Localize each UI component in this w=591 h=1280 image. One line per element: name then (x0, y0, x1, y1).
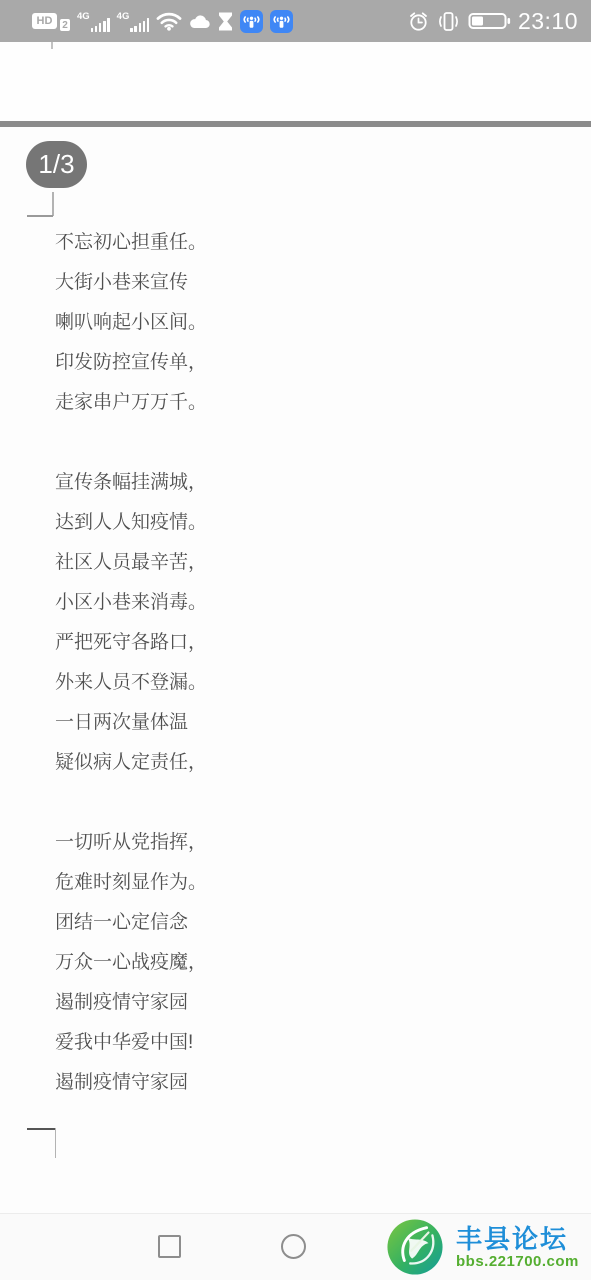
sim1-signal-bars-icon (91, 18, 110, 32)
poem-line: 危难时刻显作为。 (55, 863, 207, 903)
recent-apps-button[interactable] (158, 1235, 181, 1258)
page-boundary-mark-top (51, 42, 53, 49)
poem-line: 外来人员不登漏。 (55, 663, 207, 703)
forum-watermark: 丰县论坛 bbs.221700.com (386, 1218, 579, 1276)
sim2-signal-bars-icon (130, 18, 149, 32)
page-boundary-mark-horizontal (27, 215, 53, 217)
poem-line: 万众一心战疫魔， (55, 943, 207, 983)
poem-line: 团结一心定信念 (55, 903, 207, 943)
poem-line: 喇叭响起小区间。 (55, 303, 207, 343)
status-bar-left: HD 2 4G 4G (32, 10, 293, 33)
status-bar-right: 23:10 (408, 8, 578, 35)
poem-text: 不忘初心担重任。 大街小巷来宣传 喇叭响起小区间。 印发防控宣传单， 走家串户万… (55, 223, 207, 1103)
sim1-signal-icon: 4G (77, 10, 110, 32)
poem-line: 小区小巷来消毒。 (55, 583, 207, 623)
poem-line: 一切听从党指挥， (55, 823, 207, 863)
poem-stanza: 一切听从党指挥， 危难时刻显作为。 团结一心定信念 万众一心战疫魔， 遏制疫情守… (55, 823, 207, 1103)
forum-name: 丰县论坛 (456, 1225, 579, 1253)
poem-line: 遏制疫情守家园 (55, 1063, 207, 1103)
page-boundary-mark-vertical (52, 192, 54, 216)
home-button[interactable] (281, 1234, 306, 1259)
poem-line: 走家串户万万千。 (55, 383, 207, 423)
status-bar: HD 2 4G 4G (0, 0, 591, 42)
poem-line: 大街小巷来宣传 (55, 263, 207, 303)
poem-line: 一日两次量体温 (55, 703, 207, 743)
cloud-icon (189, 14, 211, 29)
volte-hd-icon: HD (32, 13, 57, 29)
forum-url: bbs.221700.com (456, 1253, 579, 1270)
page-boundary-mark-bottom-vertical (55, 1128, 57, 1158)
wifi-icon (156, 12, 182, 31)
poem-line: 不忘初心担重任。 (55, 223, 207, 263)
poem-line: 遏制疫情守家园 (55, 983, 207, 1023)
clock-time: 23:10 (518, 8, 578, 35)
battery-icon (468, 11, 511, 31)
page-top-gap (0, 42, 591, 121)
forum-watermark-text: 丰县论坛 bbs.221700.com (456, 1218, 579, 1276)
vibrate-icon (436, 11, 461, 32)
sim2-network-label: 4G (117, 11, 130, 22)
poem-line: 达到人人知疫情。 (55, 503, 207, 543)
sim2-hd-badge: 2 (60, 19, 70, 31)
poem-line: 疑似病人定责任， (55, 743, 207, 783)
poem-stanza: 宣传条幅挂满城， 达到人人知疫情。 社区人员最辛苦， 小区小巷来消毒。 严把死守… (55, 463, 207, 783)
poem-line: 印发防控宣传单， (55, 343, 207, 383)
poem-line: 严把死守各路口， (55, 623, 207, 663)
poem-stanza: 不忘初心担重任。 大街小巷来宣传 喇叭响起小区间。 印发防控宣传单， 走家串户万… (55, 223, 207, 423)
forum-logo-icon (386, 1218, 444, 1276)
poem-line: 宣传条幅挂满城， (55, 463, 207, 503)
vowifi-sim2-icon (270, 10, 293, 33)
page-indicator-badge: 1/3 (26, 141, 87, 188)
sim1-network-label: 4G (77, 11, 90, 22)
android-nav-bar: 丰县论坛 bbs.221700.com (0, 1213, 591, 1280)
sim2-signal-icon: 4G (117, 10, 150, 32)
document-scroll-area[interactable]: 1/3 不忘初心担重任。 大街小巷来宣传 喇叭响起小区间。 印发防控宣传单， 走… (0, 127, 591, 1213)
poem-line: 爱我中华爱中国! (55, 1023, 207, 1063)
poem-line: 社区人员最辛苦， (55, 543, 207, 583)
alarm-clock-icon (408, 11, 429, 32)
page-boundary-mark-bottom-horizontal (27, 1128, 56, 1130)
vowifi-sim1-icon (240, 10, 263, 33)
hourglass-icon (218, 12, 233, 31)
